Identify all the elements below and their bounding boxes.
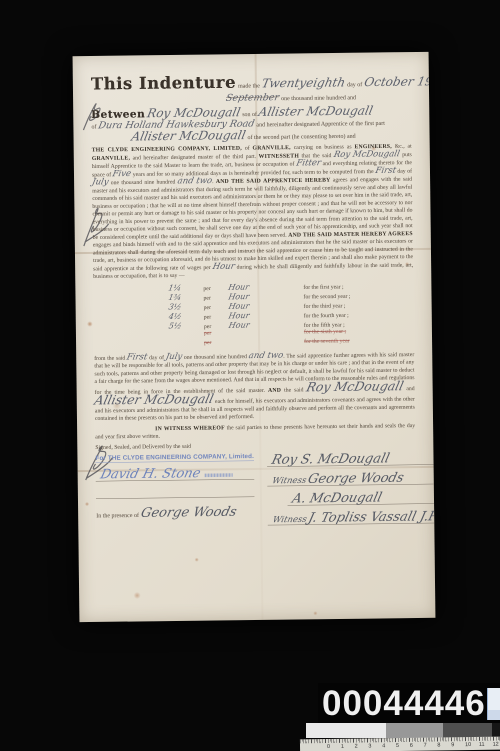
signed-sealed-line: Signed, Sealed, and Delivered by the sai… [95,440,415,450]
witness2-line: Witness J. Topliss Vassall J.P. [268,508,436,525]
title-line: This Indenture made the Twentyeighth day… [91,70,411,93]
small-blue-stamp [204,473,232,477]
presence-label: In the presence of [96,511,139,519]
apprentice-name-handwritten: Roy McDougall [146,107,241,119]
museum-id-plate: 00044446 [318,683,500,724]
printed-text: GRANVILLE, [92,155,130,161]
apprentice-signature: Roy S. McDougall [271,452,391,466]
father-name-handwritten: Allister McDougall [258,106,374,118]
ruler-number: 1 [341,744,344,750]
ruler-number: 0 [327,744,330,750]
wage-unit: Hour [228,291,305,301]
printed-text: THE CLYDE ENGINEERING COMPANY, LIMITED, [92,145,242,153]
printed-text: and [403,385,414,391]
document-title: This Indenture [91,72,236,93]
printed-text: one thousand nine hundred [182,353,249,360]
printed-text: day of [396,168,412,174]
wage-per: per [204,339,229,345]
wage-per: per [203,295,228,301]
handwritten-text: and two [177,177,213,184]
printed-text: from the said [94,355,127,361]
handwritten-text: First [375,167,397,174]
ruler-number: 12 [493,742,499,748]
paragraph-second: from the said First day of July one thou… [94,350,415,422]
printed-text: day of [147,354,165,360]
consent-line: Allister McDougall of the second part (h… [131,128,411,143]
wage-per: per [204,314,229,320]
witness-paragraph: IN WITNESS WHEREOF the said parties to t… [95,422,415,441]
handwritten-text: First [126,354,148,361]
wage-table: 1¼perHourfor the first year ;1¾perHourfo… [168,280,414,349]
presence-witness-signature: George Woods [139,505,237,519]
of-label: of [91,123,96,130]
handwritten-text: Hour [212,263,235,270]
wage-amount: 5½ [168,320,205,330]
consenter-name-handwritten: Allister McDougall [130,130,246,142]
made-the-label: made the [238,82,260,89]
indenture-document: This Indenture made the Twentyeighth day… [73,52,436,622]
company-signature-line: David H. Stone [96,465,255,481]
signature-block: For THE CLYDE ENGINEERING COMPANY, Limit… [95,450,416,532]
wage-amount: 3½ [168,301,205,311]
handwritten-month-year: October 1902 [363,76,435,88]
grayscale-segment [443,723,492,738]
witness1-signature: George Woods [307,471,405,485]
printed-text: the said [281,387,307,393]
wage-unit [229,333,304,334]
handwritten-day: Twentyeighth [261,77,346,89]
handwritten-text: Roy McDougall [306,382,405,391]
first-part-label: and hereinafter designated Apprentice of… [256,119,385,128]
museum-id-number: 00044446 [322,684,486,724]
ruler-number: 11 [479,742,485,748]
witness-text: the said parties to these presents have … [95,422,415,440]
wage-amount: 1¾ [168,292,205,302]
wage-unit: Hour [228,310,305,320]
wage-unit: Hour [228,319,305,329]
grayscale-calibration-bar [306,723,500,738]
presence-line: In the presence of George Woods [96,505,255,520]
wage-amount: 1¼ [167,282,204,292]
printed-text: AND THE SAID APPRENTICE HEREBY [216,177,331,184]
scale-ruler: 0123456789101112 [300,737,500,751]
ruler-number: 5 [396,743,399,749]
in-witness-whereof: IN WITNESS WHEREOF [155,425,225,432]
handwritten-text: Fitter [296,160,322,167]
printed-text: AND THE SAID MASTER HEREBY AGREES [288,230,413,238]
handwritten-text: Roy McDougall [333,150,400,158]
wage-year: for the sixth year ; [304,327,414,334]
witness2-label: Witness [272,515,308,524]
company-signer-signature: David H. Stone [99,466,202,480]
printed-text: WITNESSETH [259,153,299,159]
ruler-number: 10 [465,742,471,748]
ruler-number: 9 [451,742,454,748]
printed-text: years and for so many additional days as… [131,168,375,177]
ruler-number: 8 [437,742,440,748]
wage-unit: Hour [227,281,304,291]
apprentice-signature-line: Roy S. McDougall [267,450,435,467]
wage-per: per [204,304,229,310]
blank-signature-line [96,484,255,498]
grayscale-segment [306,723,386,738]
handwritten-text: July [91,179,109,186]
father-signature-line: A. McDougall [287,489,435,505]
day-of-label: day of [347,81,362,88]
struck-handwriting: September [225,93,280,102]
witness1-line: Witness George Woods [267,469,435,486]
document-content: This Indenture made the Twentyeighth day… [91,70,417,532]
wage-year: for the seventh year [304,337,414,344]
ruler-number: 7 [424,743,427,749]
grayscale-segment [386,723,443,738]
paragraph-main: THE CLYDE ENGINEERING COMPANY, LIMITED, … [92,143,414,281]
printed-text: GRANVILLE, [252,145,290,151]
printed-text: of [242,145,253,151]
handwritten-text: Five [112,170,132,177]
ruler-number: 2 [355,744,358,750]
signature-right-column: Roy S. McDougall Witness George Woods A.… [267,450,435,530]
ruler-number: 6 [410,743,413,749]
ruler-number: 4 [382,743,385,749]
handwritten-text: July [165,353,183,360]
wage-unit [229,343,304,344]
wage-per: per [204,330,229,336]
father-signature: A. McDougall [291,491,383,505]
photograph-stage: This Indenture made the Twentyeighth day… [0,0,500,751]
witness2-signature: J. Topliss Vassall J.P. [307,509,435,524]
year-line: September one thousand nine hundred and [171,92,411,104]
year-printed: one thousand nine hundred and [281,94,356,102]
wage-per: per [203,285,228,291]
signature-left-column: For THE CLYDE ENGINEERING COMPANY, Limit… [95,452,254,532]
printed-text: AND [268,387,281,393]
printed-text: one thousand nine hundred [108,179,177,186]
company-stamp: For THE CLYDE ENGINEERING COMPANY, Limit… [95,452,254,462]
wage-per: per [204,323,229,329]
wage-amount: 4½ [168,311,205,321]
second-part-label: of the second part (he consenting hereto… [247,132,355,140]
witness1-label: Witness [271,476,307,485]
color-calibration-target [487,688,500,720]
ruler-number: 3 [368,743,371,749]
wage-row: perfor the seventh year [169,337,414,349]
handwritten-text: and two [248,352,284,359]
son-of-label: son of [242,110,257,117]
wage-unit: Hour [228,300,305,310]
handwritten-text: Allister McDougall [94,395,214,404]
printed-text: and hereinafter designated master of the… [130,153,259,161]
